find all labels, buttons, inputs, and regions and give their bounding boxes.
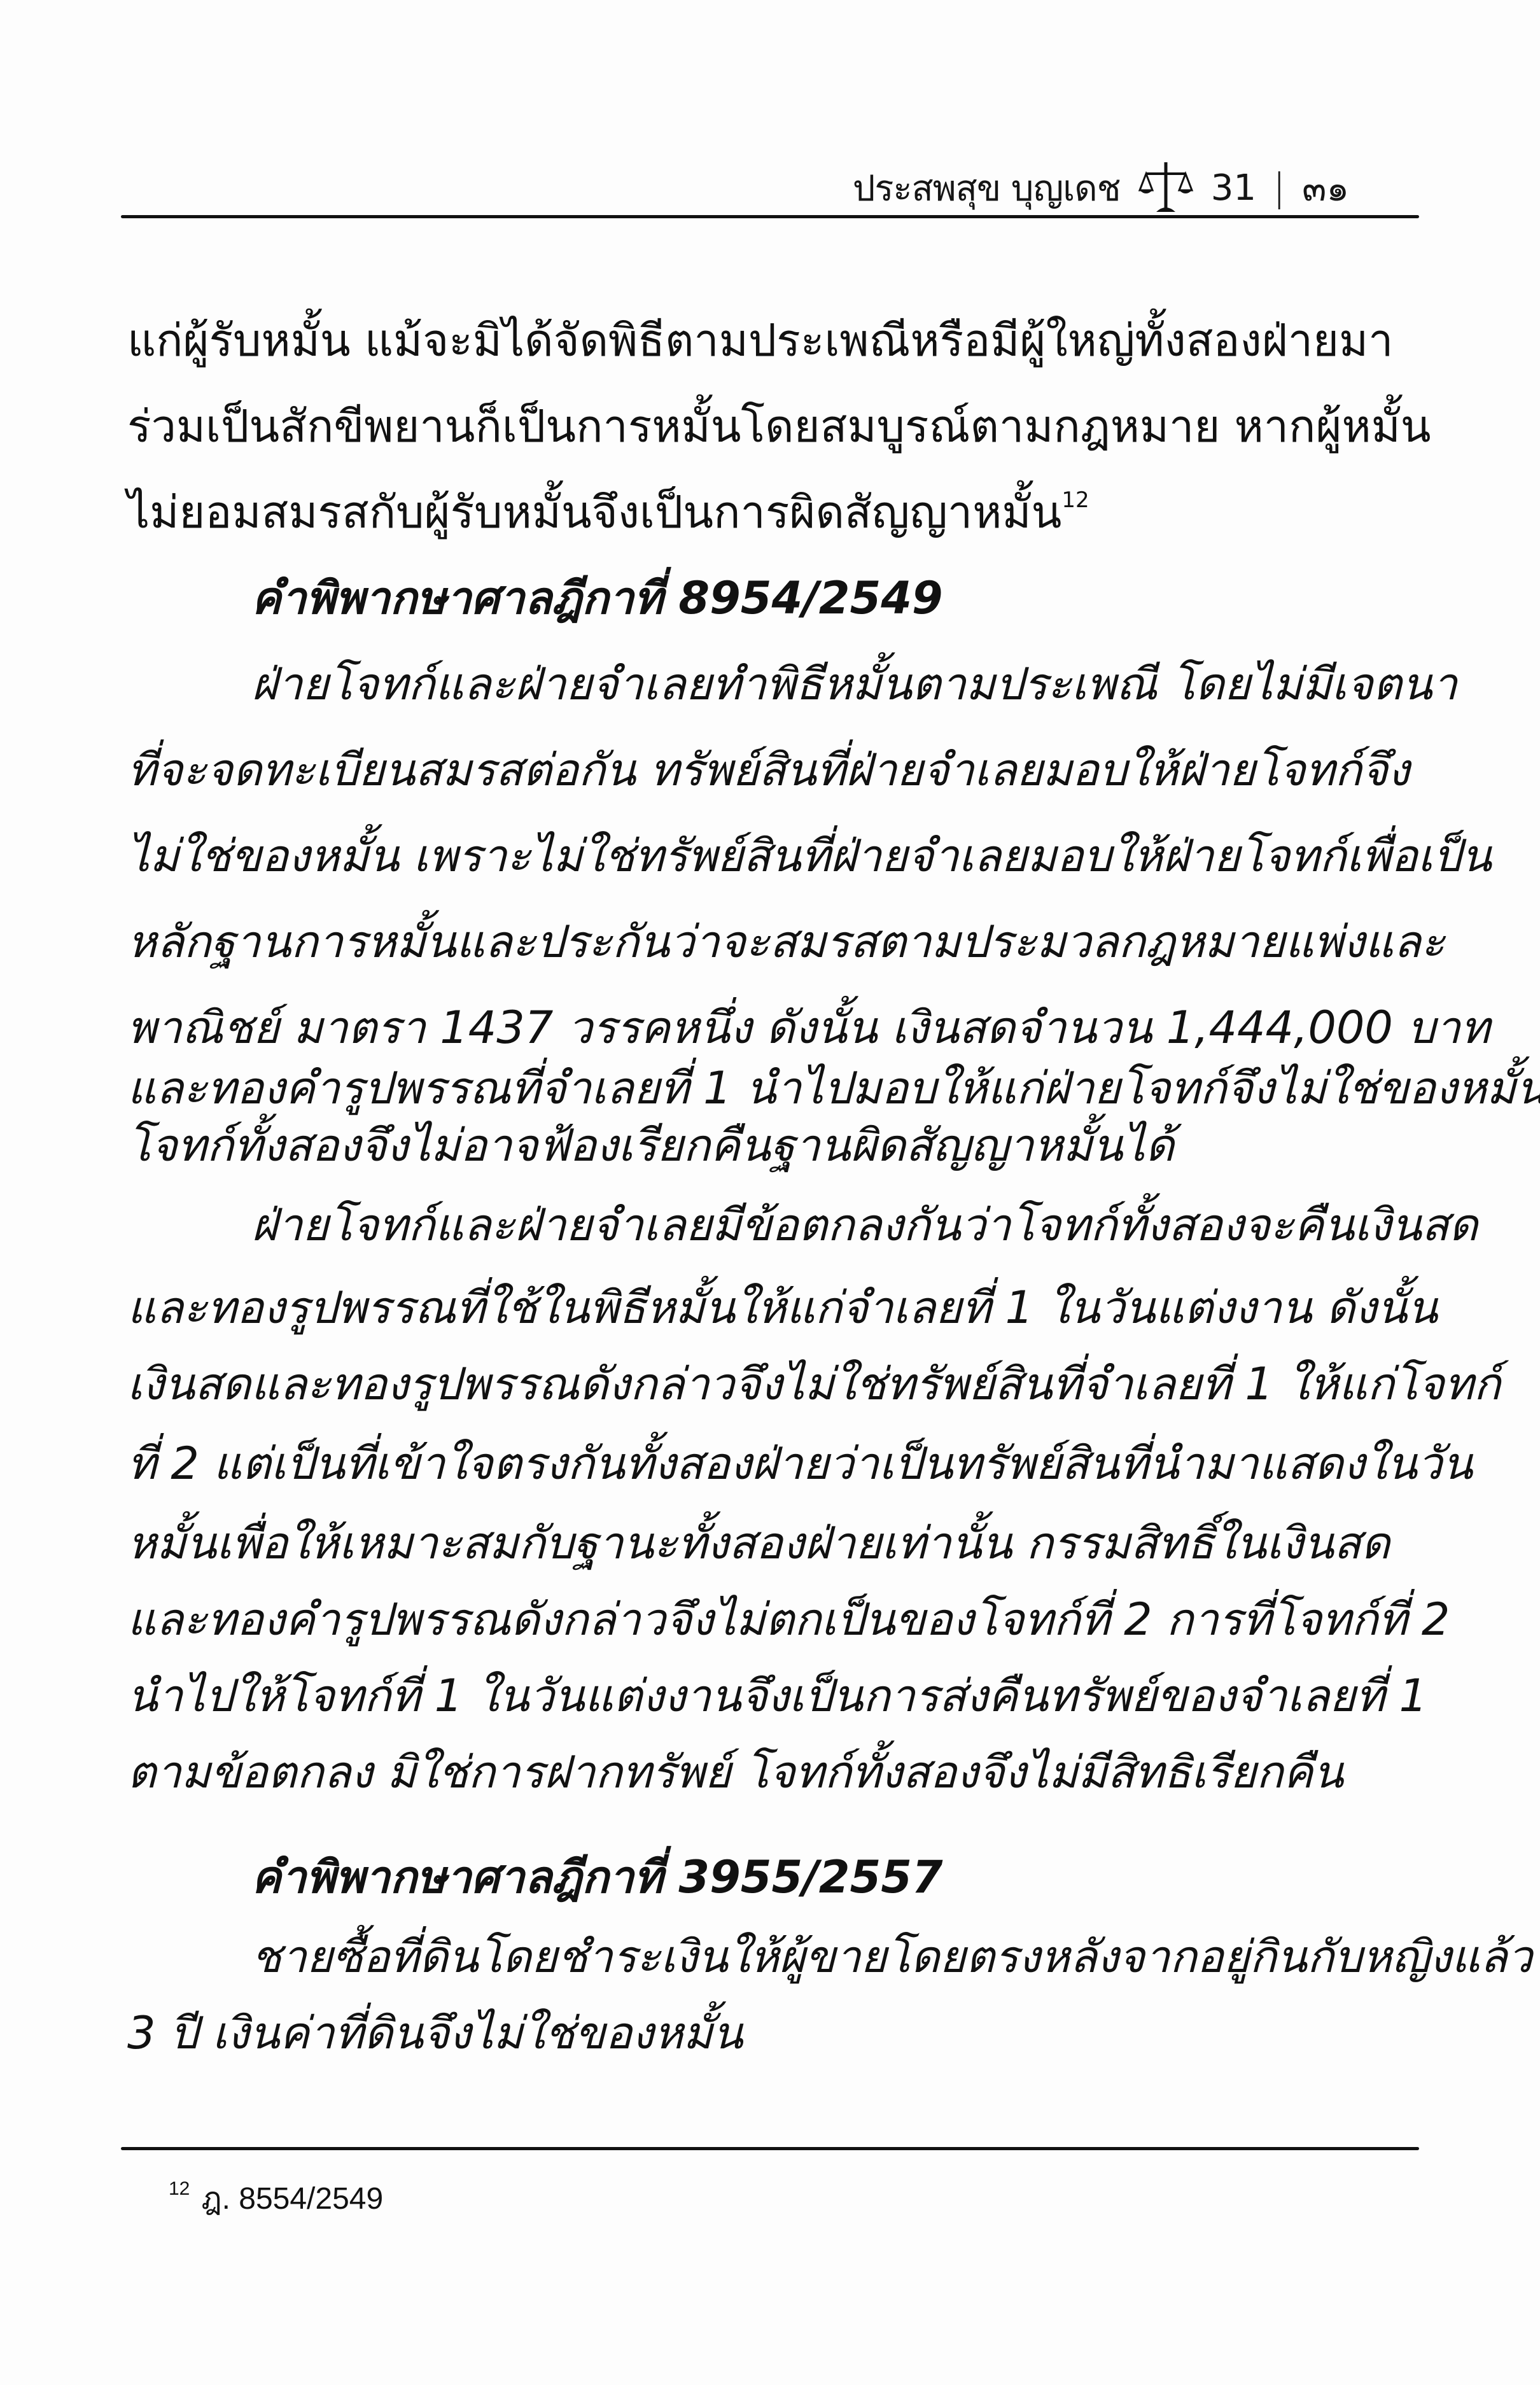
body-line: ไม่ยอมสมรสกับผู้รับหมั้นจึงเป็นการผิดสัญ…: [127, 484, 1349, 541]
case-line: และทองคำรูปพรรณดังกล่าวจึงไม่ตกเป็นของโจ…: [127, 1591, 1349, 1648]
case-line: 3 ปี เงินค่าที่ดินจึงไม่ใช่ของหมั้น: [127, 2004, 1349, 2062]
page-number-arabic: 31: [1211, 167, 1256, 209]
header-rule: [121, 215, 1419, 218]
case-line: และทองคำรูปพรรณที่จำเลยที่ 1 นำไปมอบให้แ…: [127, 1060, 1349, 1117]
author-name: ประสพสุข บุญเดช: [853, 160, 1121, 216]
case-line: ชายซื้อที่ดินโดยชำระเงินให้ผู้ขายโดยตรงห…: [251, 1928, 1349, 1985]
document-page: ประสพสุข บุญเดช 31 | ๓๑ แก่ผู้รับหมั้น แ…: [0, 0, 1540, 2385]
case-line: พาณิชย์ มาตรา 1437 วรรคหนึ่ง ดังนั้น เงิ…: [127, 999, 1349, 1056]
scales-of-justice-icon: [1137, 161, 1194, 214]
case-line: ฝ่ายโจทก์และฝ่ายจำเลยมีข้อตกลงกันว่าโจทก…: [251, 1196, 1349, 1254]
case-line: เงินสดและทองรูปพรรณดังกล่าวจึงไม่ใช่ทรัพ…: [127, 1355, 1349, 1413]
case-line: ฝ่ายโจทก์และฝ่ายจำเลยทำพิธีหมั้นตามประเพ…: [251, 655, 1349, 713]
body-line: แก่ผู้รับหมั้น แม้จะมิได้จัดพิธีตามประเพ…: [127, 312, 1349, 369]
case-line: ตามข้อตกลง มิใช่การฝากทรัพย์ โจทก์ทั้งสอ…: [127, 1744, 1349, 1801]
case-heading: คำพิพากษาศาลฎีกาที่ 8954/2549: [251, 570, 943, 627]
body-line-text: ไม่ยอมสมรสกับผู้รับหมั้นจึงเป็นการผิดสัญ…: [127, 486, 1061, 538]
case-line: โจทก์ทั้งสองจึงไม่อาจฟ้องเรียกคืนฐานผิดส…: [127, 1117, 1349, 1174]
case-line: ที่จะจดทะเบียนสมรสต่อกัน ทรัพย์สินที่ฝ่า…: [127, 741, 1349, 799]
header-separator: |: [1273, 165, 1285, 210]
footnote-rule: [121, 2147, 1419, 2150]
case-line: ไม่ใช่ของหมั้น เพราะไม่ใช่ทรัพย์สินที่ฝ่…: [127, 827, 1349, 885]
body-line: ร่วมเป็นสักขีพยานก็เป็นการหมั้นโดยสมบูรณ…: [127, 398, 1349, 455]
running-header: ประสพสุข บุญเดช 31 | ๓๑: [853, 159, 1349, 216]
case-line: หลักฐานการหมั้นและประกันว่าจะสมรสตามประม…: [127, 913, 1349, 970]
footnote-text: ฎ. 8554/2549: [201, 2182, 383, 2216]
footnote-reference: 12: [1061, 487, 1089, 513]
case-heading: คำพิพากษาศาลฎีกาที่ 3955/2557: [251, 1849, 943, 1906]
case-line: หมั้นเพื่อให้เหมาะสมกับฐานะทั้งสองฝ่ายเท…: [127, 1514, 1349, 1572]
case-line: ที่ 2 แต่เป็นที่เข้าใจตรงกันทั้งสองฝ่ายว…: [127, 1435, 1349, 1492]
case-line: นำไปให้โจทก์ที่ 1 ในวันแต่งงานจึงเป็นการ…: [127, 1667, 1349, 1724]
footnote-number: 12: [169, 2178, 190, 2199]
case-line: และทองรูปพรรณที่ใช้ในพิธีหมั้นให้แก่จำเล…: [127, 1279, 1349, 1336]
footnote: 12ฎ. 8554/2549: [169, 2170, 383, 2218]
page-number-thai: ๓๑: [1302, 160, 1349, 216]
